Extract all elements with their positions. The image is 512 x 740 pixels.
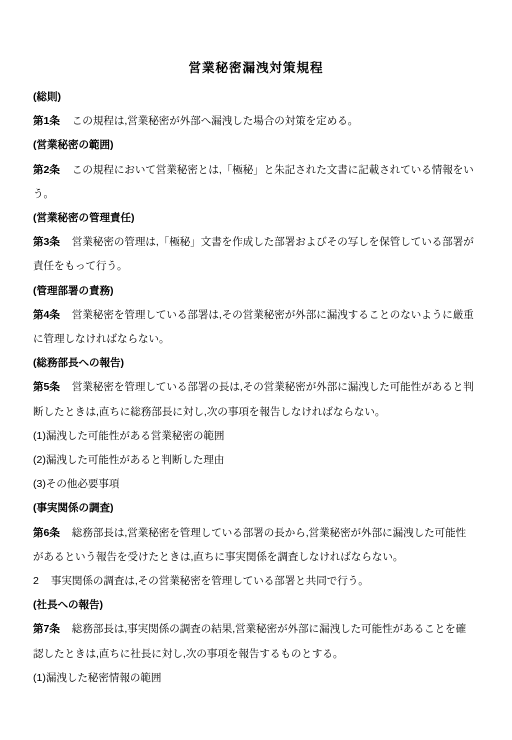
line-text: 総務部長は,営業秘密を管理している部署の長から,営業秘密が外部に漏洩した可能性 <box>72 527 466 539</box>
continuation-line: に管理しなければならない。 <box>33 327 479 351</box>
line-text: 営業秘密を管理している部署の長は,その営業秘密が外部に漏洩した可能性があると判 <box>72 381 474 393</box>
line-text: (1)漏洩した可能性がある営業秘密の範囲 <box>33 430 224 442</box>
article-line: 第2条この規程において営業秘密とは,「極秘」と朱記された文書に記載されている情報… <box>33 158 479 182</box>
continuation-line: う。 <box>33 182 479 206</box>
article-number: 第1条 <box>33 109 60 133</box>
line-text: (事実関係の調査) <box>33 502 114 514</box>
document-body: (総則)第1条この規程は,営業秘密が外部へ漏洩した場合の対策を定める。(営業秘密… <box>0 85 512 690</box>
section-heading-line: (営業秘密の範囲) <box>33 133 479 157</box>
line-text: 断したときは,直ちに総務部長に対し,次の事項を報告しなければならない。 <box>33 406 385 418</box>
article-line: 第4条営業秘密を管理している部署は,その営業秘密が外部に漏洩することのないように… <box>33 303 479 327</box>
continuation-line: 認したときは,直ちに社長に対し,次の事項を報告するものとする。 <box>33 642 479 666</box>
list-item-line: (3)その他必要事項 <box>33 472 479 496</box>
continuation-line: があるという報告を受けたときは,直ちに事実関係を調査しなければならない。 <box>33 545 479 569</box>
article-line: 第1条この規程は,営業秘密が外部へ漏洩した場合の対策を定める。 <box>33 109 479 133</box>
section-heading-line: (総則) <box>33 85 479 109</box>
list-item-line: (1)漏洩した可能性がある営業秘密の範囲 <box>33 424 479 448</box>
section-heading-line: (社長への報告) <box>33 593 479 617</box>
line-text: 事実関係の調査は,その営業秘密を管理している部署と共同で行う。 <box>51 575 369 587</box>
line-text: (営業秘密の管理責任) <box>33 212 135 224</box>
line-text: 営業秘密を管理している部署は,その営業秘密が外部に漏洩することのないように厳重 <box>72 309 474 321</box>
line-text: (総務部長への報告) <box>33 357 124 369</box>
article-number: 2 <box>33 569 39 593</box>
line-text: (1)漏洩した秘密情報の範囲 <box>33 672 161 684</box>
line-text: (総則) <box>33 91 61 103</box>
line-text: 総務部長は,事実関係の調査の結果,営業秘密が外部に漏洩した可能性があることを確 <box>72 623 466 635</box>
article-line: 第3条営業秘密の管理は,「極秘」文書を作成した部署およびその写しを保管している部… <box>33 230 479 254</box>
article-number: 第5条 <box>33 375 60 399</box>
line-text: 営業秘密の管理は,「極秘」文書を作成した部署およびその写しを保管している部署が <box>72 236 474 248</box>
article-number: 第2条 <box>33 158 60 182</box>
line-text: この規程は,営業秘密が外部へ漏洩した場合の対策を定める。 <box>72 115 358 127</box>
line-text: 責任をもって行う。 <box>33 260 128 272</box>
section-heading-line: (事実関係の調査) <box>33 496 479 520</box>
line-text: 認したときは,直ちに社長に対し,次の事項を報告するものとする。 <box>33 648 343 660</box>
line-text: (社長への報告) <box>33 599 103 611</box>
article-number: 第4条 <box>33 303 60 327</box>
article-number: 第6条 <box>33 521 60 545</box>
line-text: (管理部署の責務) <box>33 285 114 297</box>
line-text: う。 <box>33 188 54 200</box>
article-line: 第5条営業秘密を管理している部署の長は,その営業秘密が外部に漏洩した可能性がある… <box>33 375 479 399</box>
list-item-line: (2)漏洩した可能性があると判断した理由 <box>33 448 479 472</box>
section-heading-line: (総務部長への報告) <box>33 351 479 375</box>
article-line: 第7条総務部長は,事実関係の調査の結果,営業秘密が外部に漏洩した可能性があること… <box>33 617 479 641</box>
clause-line: 2事実関係の調査は,その営業秘密を管理している部署と共同で行う。 <box>33 569 479 593</box>
article-number: 第3条 <box>33 230 60 254</box>
line-text: (営業秘密の範囲) <box>33 139 114 151</box>
document-page: 営業秘密漏洩対策規程 (総則)第1条この規程は,営業秘密が外部へ漏洩した場合の対… <box>0 0 512 740</box>
article-line: 第6条総務部長は,営業秘密を管理している部署の長から,営業秘密が外部に漏洩した可… <box>33 521 479 545</box>
section-heading-line: (営業秘密の管理責任) <box>33 206 479 230</box>
line-text: があるという報告を受けたときは,直ちに事実関係を調査しなければならない。 <box>33 551 403 563</box>
article-number: 第7条 <box>33 617 60 641</box>
line-text: に管理しなければならない。 <box>33 333 170 345</box>
continuation-line: 断したときは,直ちに総務部長に対し,次の事項を報告しなければならない。 <box>33 400 479 424</box>
document-title: 営業秘密漏洩対策規程 <box>0 0 512 76</box>
continuation-line: 責任をもって行う。 <box>33 254 479 278</box>
line-text: (3)その他必要事項 <box>33 478 119 490</box>
line-text: この規程において営業秘密とは,「極秘」と朱記された文書に記載されている情報をい <box>72 164 474 176</box>
line-text: (2)漏洩した可能性があると判断した理由 <box>33 454 224 466</box>
list-item-line: (1)漏洩した秘密情報の範囲 <box>33 666 479 690</box>
section-heading-line: (管理部署の責務) <box>33 279 479 303</box>
